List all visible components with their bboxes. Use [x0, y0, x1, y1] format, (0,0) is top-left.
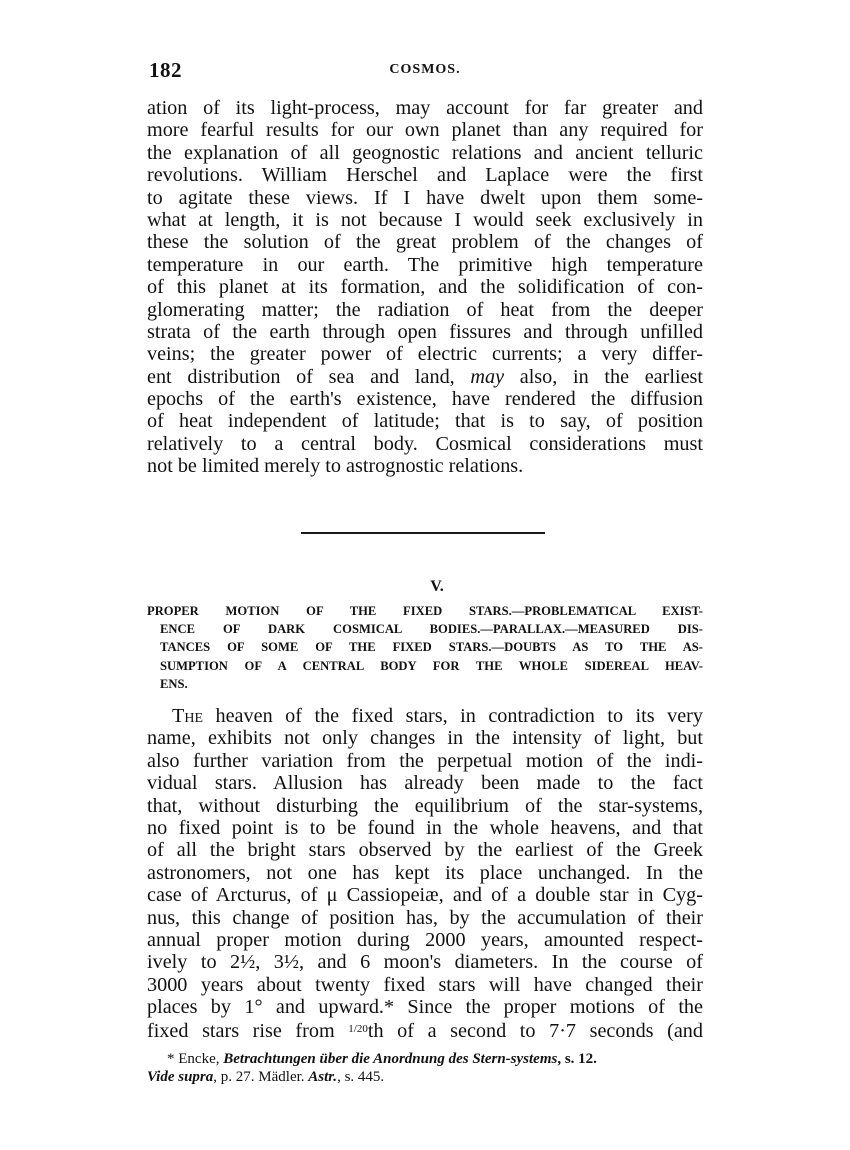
- text-line: that, without disturbing the equilibrium…: [147, 795, 703, 817]
- text-line-with-italic: ent distribution of sea and land, may al…: [147, 366, 703, 388]
- footnote: * Encke, Betrachtungen über die Anordnun…: [147, 1050, 703, 1086]
- text-line: vidual stars. Allusion has already been …: [147, 772, 703, 794]
- footnote-ref: , s. 445.: [337, 1069, 384, 1085]
- text-line: relatively to a central body. Cosmical c…: [147, 433, 703, 455]
- footnote-ref: , p. 27. Mädler.: [213, 1069, 308, 1085]
- text-line: veins; the greater power of electric cur…: [147, 343, 703, 365]
- footnote-title: Betrachtungen über die Anordnung des Ste…: [223, 1051, 557, 1067]
- summary-line: TANCES OF SOME OF THE FIXED STARS.—DOUBT…: [147, 638, 703, 656]
- text-line: no fixed point is to be found in the who…: [147, 817, 703, 839]
- text-line: places by 1° and upward.* Since the prop…: [147, 996, 703, 1018]
- text-line: these the solution of the great problem …: [147, 231, 703, 253]
- text-line: of heat independent of latitude; that is…: [147, 410, 703, 432]
- text-line-opening: The heaven of the fixed stars, in contra…: [147, 705, 703, 727]
- text-line: what at length, it is not because I woul…: [147, 209, 703, 231]
- italic-emphasis: may: [470, 366, 504, 388]
- footnote-author: Encke,: [178, 1051, 223, 1067]
- text-line: also further variation from the perpetua…: [147, 750, 703, 772]
- paragraph-continuation: ation of its light-process, may account …: [147, 97, 703, 478]
- text-line: to agitate these views. If I have dwelt …: [147, 187, 703, 209]
- text-segment: th of a second to 7·7 seconds (and: [368, 1020, 703, 1042]
- summary-line: ENS.: [147, 675, 703, 693]
- text-line: annual proper motion during 2000 years, …: [147, 929, 703, 951]
- text-segment: heaven of the fixed stars, in contradict…: [203, 705, 703, 727]
- text-line: 3000 years about twenty fixed stars will…: [147, 974, 703, 996]
- text-line: strata of the earth through open fissure…: [147, 321, 703, 343]
- footnote-line: Vide supra, p. 27. Mädler. Astr., s. 445…: [147, 1068, 703, 1086]
- footnote-vide: Vide supra: [147, 1069, 213, 1085]
- text-line: more fearful results for our own planet …: [147, 119, 703, 141]
- text-line: not be limited merely to astrognostic re…: [147, 455, 703, 477]
- text-line: ation of its light-process, may account …: [147, 97, 703, 119]
- fraction: 1/20: [348, 1023, 368, 1035]
- text-line: epochs of the earth's existence, have re…: [147, 388, 703, 410]
- text-line: name, exhibits not only changes in the i…: [147, 727, 703, 749]
- text-line: the explanation of all geognostic relati…: [147, 142, 703, 164]
- summary-line: PROPER MOTION OF THE FIXED STARS.—PROBLE…: [147, 602, 703, 620]
- footnote-astr: Astr.: [308, 1069, 337, 1085]
- text-line: of all the bright stars observed by the …: [147, 839, 703, 861]
- section-heading: V.: [0, 578, 850, 596]
- section-number: V.: [430, 578, 444, 595]
- text-line: temperature in our earth. The primitive …: [147, 254, 703, 276]
- section-summary: PROPER MOTION OF THE FIXED STARS.—PROBLE…: [147, 602, 703, 693]
- text-segment: fixed stars rise from: [147, 1020, 348, 1042]
- running-title: COSMOS.: [147, 62, 703, 78]
- text-segment: also, in the earliest: [504, 366, 703, 388]
- footnote-line: * Encke, Betrachtungen über die Anordnun…: [147, 1050, 703, 1068]
- summary-line: ENCE OF DARK COSMICAL BODIES.—PARALLAX.—…: [147, 620, 703, 638]
- running-head: 182 COSMOS.: [147, 58, 703, 82]
- section-paragraph: The heaven of the fixed stars, in contra…: [147, 705, 703, 1041]
- text-line: glomerating matter; the radiation of hea…: [147, 299, 703, 321]
- text-line: revolutions. William Herschel and Laplac…: [147, 164, 703, 186]
- text-segment: ent distribution of sea and land,: [147, 366, 470, 388]
- text-line-with-fraction: fixed stars rise from 1/20th of a second…: [147, 1018, 703, 1040]
- footnote-ref: , s. 12.: [557, 1051, 597, 1067]
- text-line: nus, this change of position has, by the…: [147, 907, 703, 929]
- text-line: of this planet at its formation, and the…: [147, 276, 703, 298]
- text-line: astronomers, not one has kept its place …: [147, 862, 703, 884]
- text-line: ively to 2½, 3½, and 6 moon's diameters.…: [147, 951, 703, 973]
- text-line: case of Arcturus, of μ Cassiopeiæ, and o…: [147, 884, 703, 906]
- book-page: 182 COSMOS. ation of its light-process, …: [0, 0, 850, 1150]
- opening-word: The: [172, 705, 203, 727]
- summary-line: SUMPTION OF A CENTRAL BODY FOR THE WHOLE…: [147, 657, 703, 675]
- footnote-marker: *: [167, 1051, 178, 1067]
- section-divider-rule: [301, 532, 545, 534]
